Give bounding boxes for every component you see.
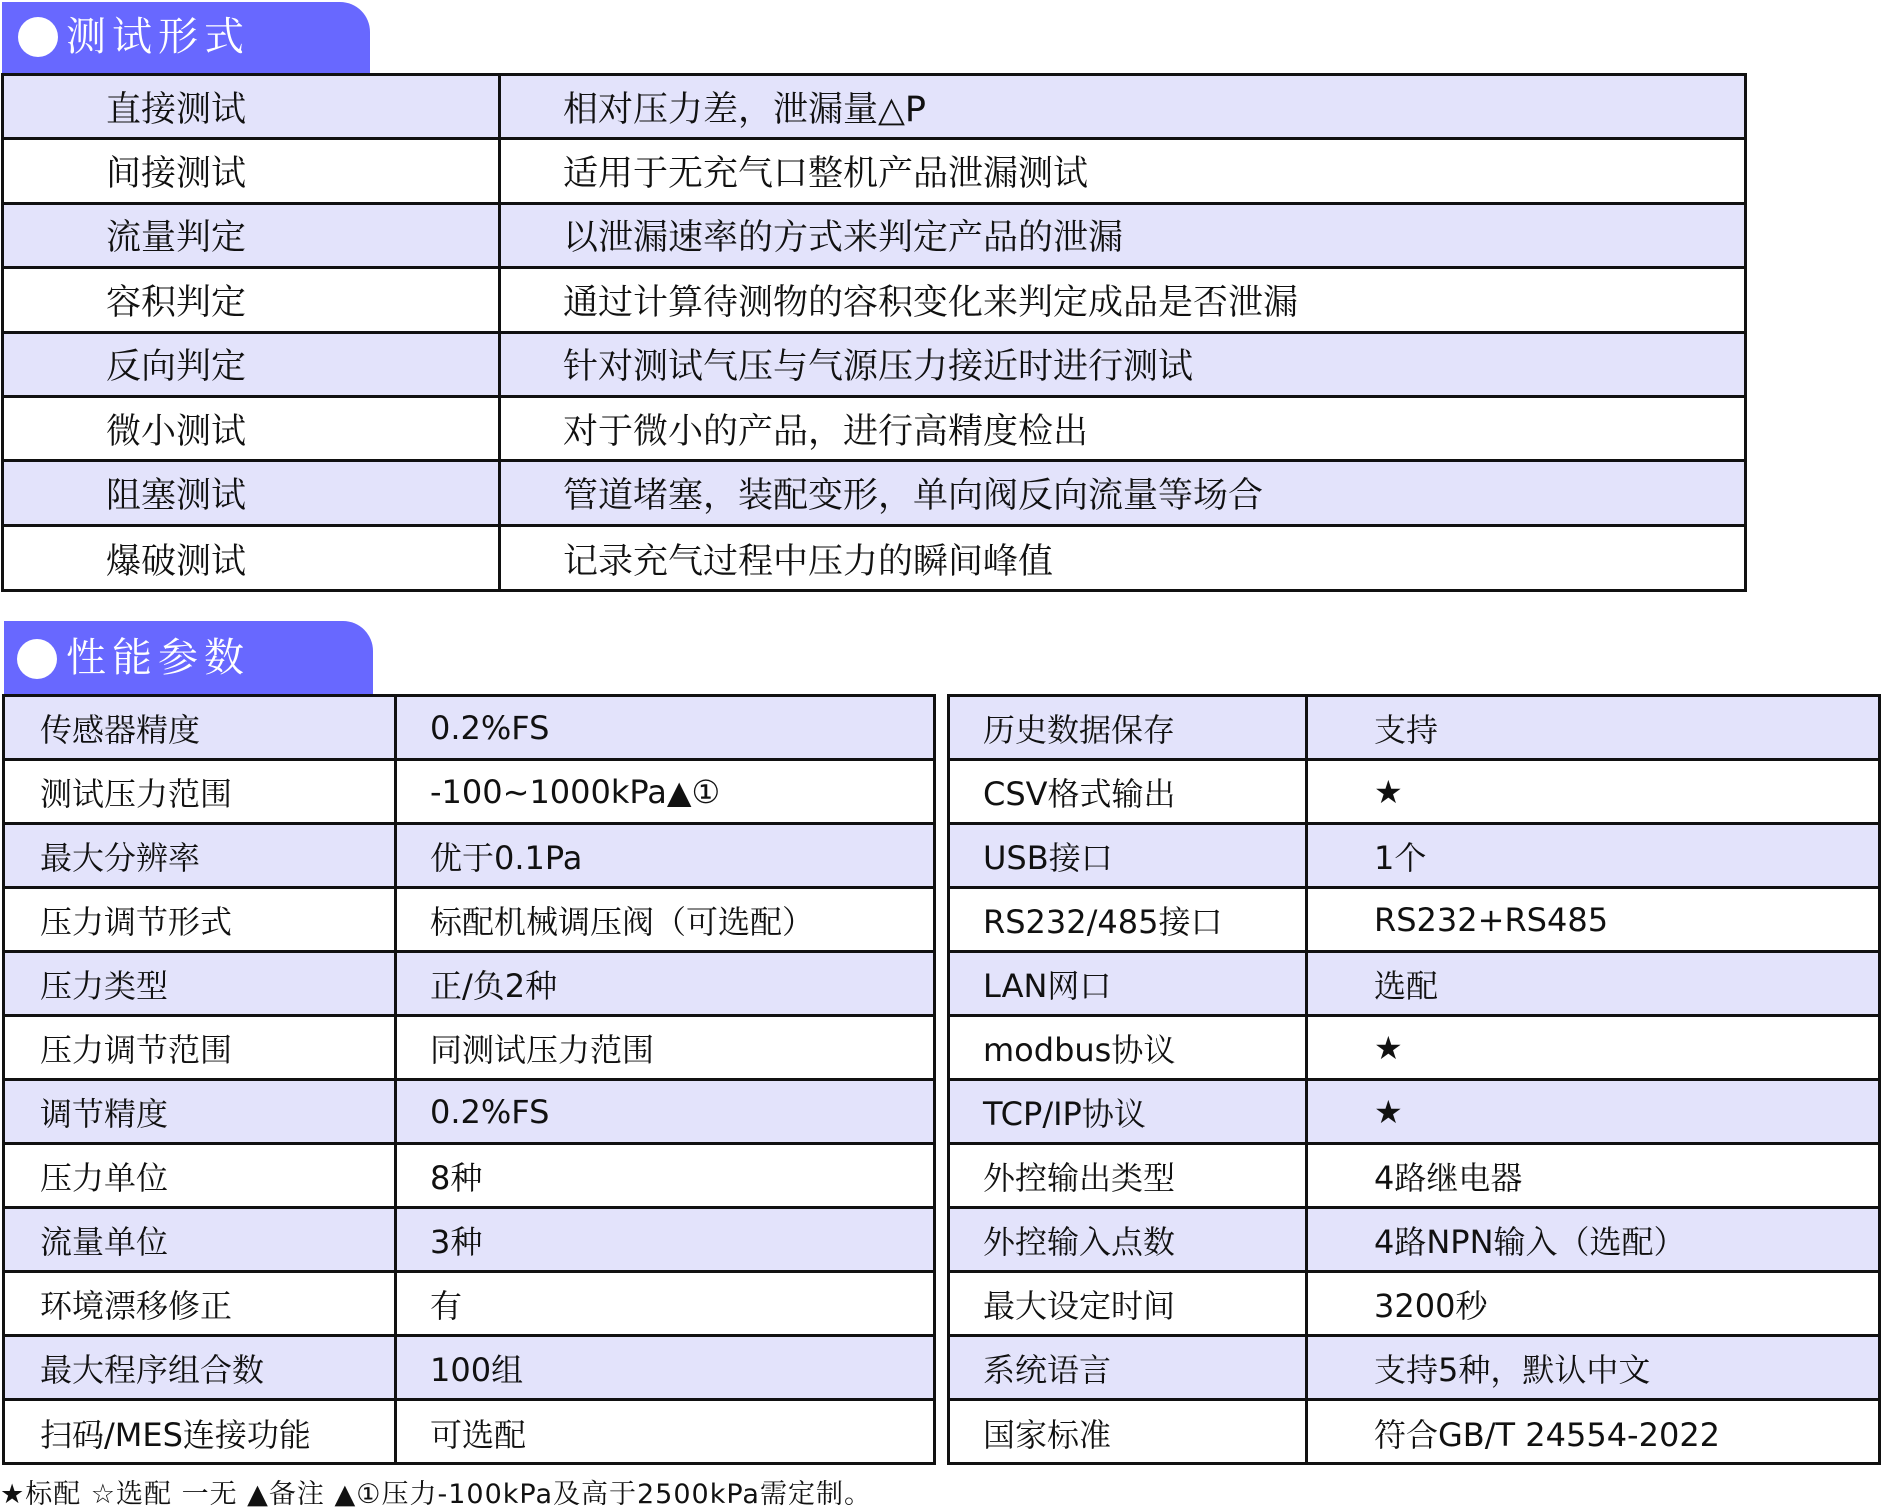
param-value: 支持 [1308,697,1878,758]
table-row: 直接测试 相对压力差，泄漏量△P [4,76,1744,140]
table-row: 微小测试 对于微小的产品，进行高精度检出 [4,398,1744,462]
table-row: 最大设定时间 3200秒 [950,1273,1878,1337]
param-label: 最大设定时间 [950,1273,1308,1334]
section-header-performance: 性能参数 [4,621,373,696]
mode-description: 针对测试气压与气源压力接近时进行测试 [501,334,1744,395]
table-row: 测试压力范围 -100~1000kPa▲① [5,761,933,825]
param-label: RS232/485接口 [950,889,1308,950]
param-value: 选配 [1308,953,1878,1014]
param-value: 标配机械调压阀（可选配） [397,889,933,950]
table-row: 流量判定 以泄漏速率的方式来判定产品的泄漏 [4,205,1744,269]
param-value: ★ [1308,1017,1878,1078]
mode-label: 直接测试 [4,76,501,137]
param-value: ★ [1308,761,1878,822]
param-value: 8种 [397,1145,933,1206]
table-row: 最大程序组合数 100组 [5,1337,933,1401]
param-value: 正/负2种 [397,953,933,1014]
table-row: 国家标准 符合GB/T 24554-2022 [950,1401,1878,1465]
section-title: 性能参数 [66,638,250,678]
param-label: 扫码/MES连接功能 [5,1401,397,1465]
param-value: 4路继电器 [1308,1145,1878,1206]
mode-description: 适用于无充气口整机产品泄漏测试 [501,140,1744,201]
table-row: 压力调节形式 标配机械调压阀（可选配） [5,889,933,953]
param-value: 100组 [397,1337,933,1398]
table-row: TCP/IP协议 ★ [950,1081,1878,1145]
performance-table-left: 传感器精度 0.2%FS 测试压力范围 -100~1000kPa▲① 最大分辨率… [2,694,936,1465]
param-label: 历史数据保存 [950,697,1308,758]
table-row: 传感器精度 0.2%FS [5,697,933,761]
param-value: 有 [397,1273,933,1334]
param-value: 支持5种，默认中文 [1308,1337,1878,1398]
table-row: 压力单位 8种 [5,1145,933,1209]
table-row: 容积判定 通过计算待测物的容积变化来判定成品是否泄漏 [4,269,1744,333]
table-row: 历史数据保存 支持 [950,697,1878,761]
bullet-circle-icon [17,639,57,679]
param-value: 3种 [397,1209,933,1270]
table-row: LAN网口 选配 [950,953,1878,1017]
table-row: 流量单位 3种 [5,1209,933,1273]
mode-label: 容积判定 [4,269,501,330]
mode-description: 通过计算待测物的容积变化来判定成品是否泄漏 [501,269,1744,330]
param-value: 4路NPN输入（选配） [1308,1209,1878,1270]
param-label: 最大分辨率 [5,825,397,886]
table-row: CSV格式输出 ★ [950,761,1878,825]
table-row: modbus协议 ★ [950,1017,1878,1081]
table-row: RS232/485接口 RS232+RS485 [950,889,1878,953]
param-label: modbus协议 [950,1017,1308,1078]
param-label: 压力单位 [5,1145,397,1206]
param-label: CSV格式输出 [950,761,1308,822]
param-label: 流量单位 [5,1209,397,1270]
mode-label: 流量判定 [4,205,501,266]
param-label: USB接口 [950,825,1308,886]
table-row: 爆破测试 记录充气过程中压力的瞬间峰值 [4,527,1744,591]
param-label: 压力调节范围 [5,1017,397,1078]
table-row: USB接口 1个 [950,825,1878,889]
param-value: 优于0.1Pa [397,825,933,886]
mode-description: 记录充气过程中压力的瞬间峰值 [501,527,1744,591]
param-label: 压力类型 [5,953,397,1014]
footnote-legend: ★标配 ☆选配 一无 ▲备注 ▲①压力-100kPa及高于2500kPa需定制。 [0,1478,872,1512]
param-label: TCP/IP协议 [950,1081,1308,1142]
table-row: 压力类型 正/负2种 [5,953,933,1017]
param-value: -100~1000kPa▲① [397,761,933,822]
performance-table-right: 历史数据保存 支持 CSV格式输出 ★ USB接口 1个 RS232/485接口… [947,694,1881,1465]
param-value: 符合GB/T 24554-2022 [1308,1401,1878,1465]
param-label: 外控输出类型 [950,1145,1308,1206]
param-value: ★ [1308,1081,1878,1142]
param-value: RS232+RS485 [1308,889,1878,950]
param-label: 传感器精度 [5,697,397,758]
table-row: 扫码/MES连接功能 可选配 [5,1401,933,1465]
mode-label: 微小测试 [4,398,501,459]
table-row: 系统语言 支持5种，默认中文 [950,1337,1878,1401]
param-value: 3200秒 [1308,1273,1878,1334]
table-row: 调节精度 0.2%FS [5,1081,933,1145]
table-row: 压力调节范围 同测试压力范围 [5,1017,933,1081]
mode-label: 阻塞测试 [4,462,501,523]
mode-description: 管道堵塞，装配变形，单向阀反向流量等场合 [501,462,1744,523]
param-value: 可选配 [397,1401,933,1465]
table-row: 外控输出类型 4路继电器 [950,1145,1878,1209]
mode-label: 爆破测试 [4,527,501,591]
table-row: 阻塞测试 管道堵塞，装配变形，单向阀反向流量等场合 [4,462,1744,526]
param-label: 压力调节形式 [5,889,397,950]
mode-description: 对于微小的产品，进行高精度检出 [501,398,1744,459]
table-row: 环境漂移修正 有 [5,1273,933,1337]
mode-description: 以泄漏速率的方式来判定产品的泄漏 [501,205,1744,266]
param-value: 同测试压力范围 [397,1017,933,1078]
table-row: 最大分辨率 优于0.1Pa [5,825,933,889]
mode-label: 反向判定 [4,334,501,395]
table-row: 外控输入点数 4路NPN输入（选配） [950,1209,1878,1273]
section-header-test-modes: 测试形式 [2,2,370,75]
param-label: 环境漂移修正 [5,1273,397,1334]
bullet-circle-icon [18,17,58,57]
param-label: 最大程序组合数 [5,1337,397,1398]
mode-description: 相对压力差，泄漏量△P [501,76,1744,137]
param-label: 系统语言 [950,1337,1308,1398]
table-row: 间接测试 适用于无充气口整机产品泄漏测试 [4,140,1744,204]
param-value: 1个 [1308,825,1878,886]
param-label: 国家标准 [950,1401,1308,1465]
mode-label: 间接测试 [4,140,501,201]
test-modes-table: 直接测试 相对压力差，泄漏量△P 间接测试 适用于无充气口整机产品泄漏测试 流量… [1,73,1747,592]
param-value: 0.2%FS [397,1081,933,1142]
param-label: 调节精度 [5,1081,397,1142]
param-label: 外控输入点数 [950,1209,1308,1270]
param-value: 0.2%FS [397,697,933,758]
table-row: 反向判定 针对测试气压与气源压力接近时进行测试 [4,334,1744,398]
param-label: LAN网口 [950,953,1308,1014]
section-title: 测试形式 [66,17,250,57]
param-label: 测试压力范围 [5,761,397,822]
